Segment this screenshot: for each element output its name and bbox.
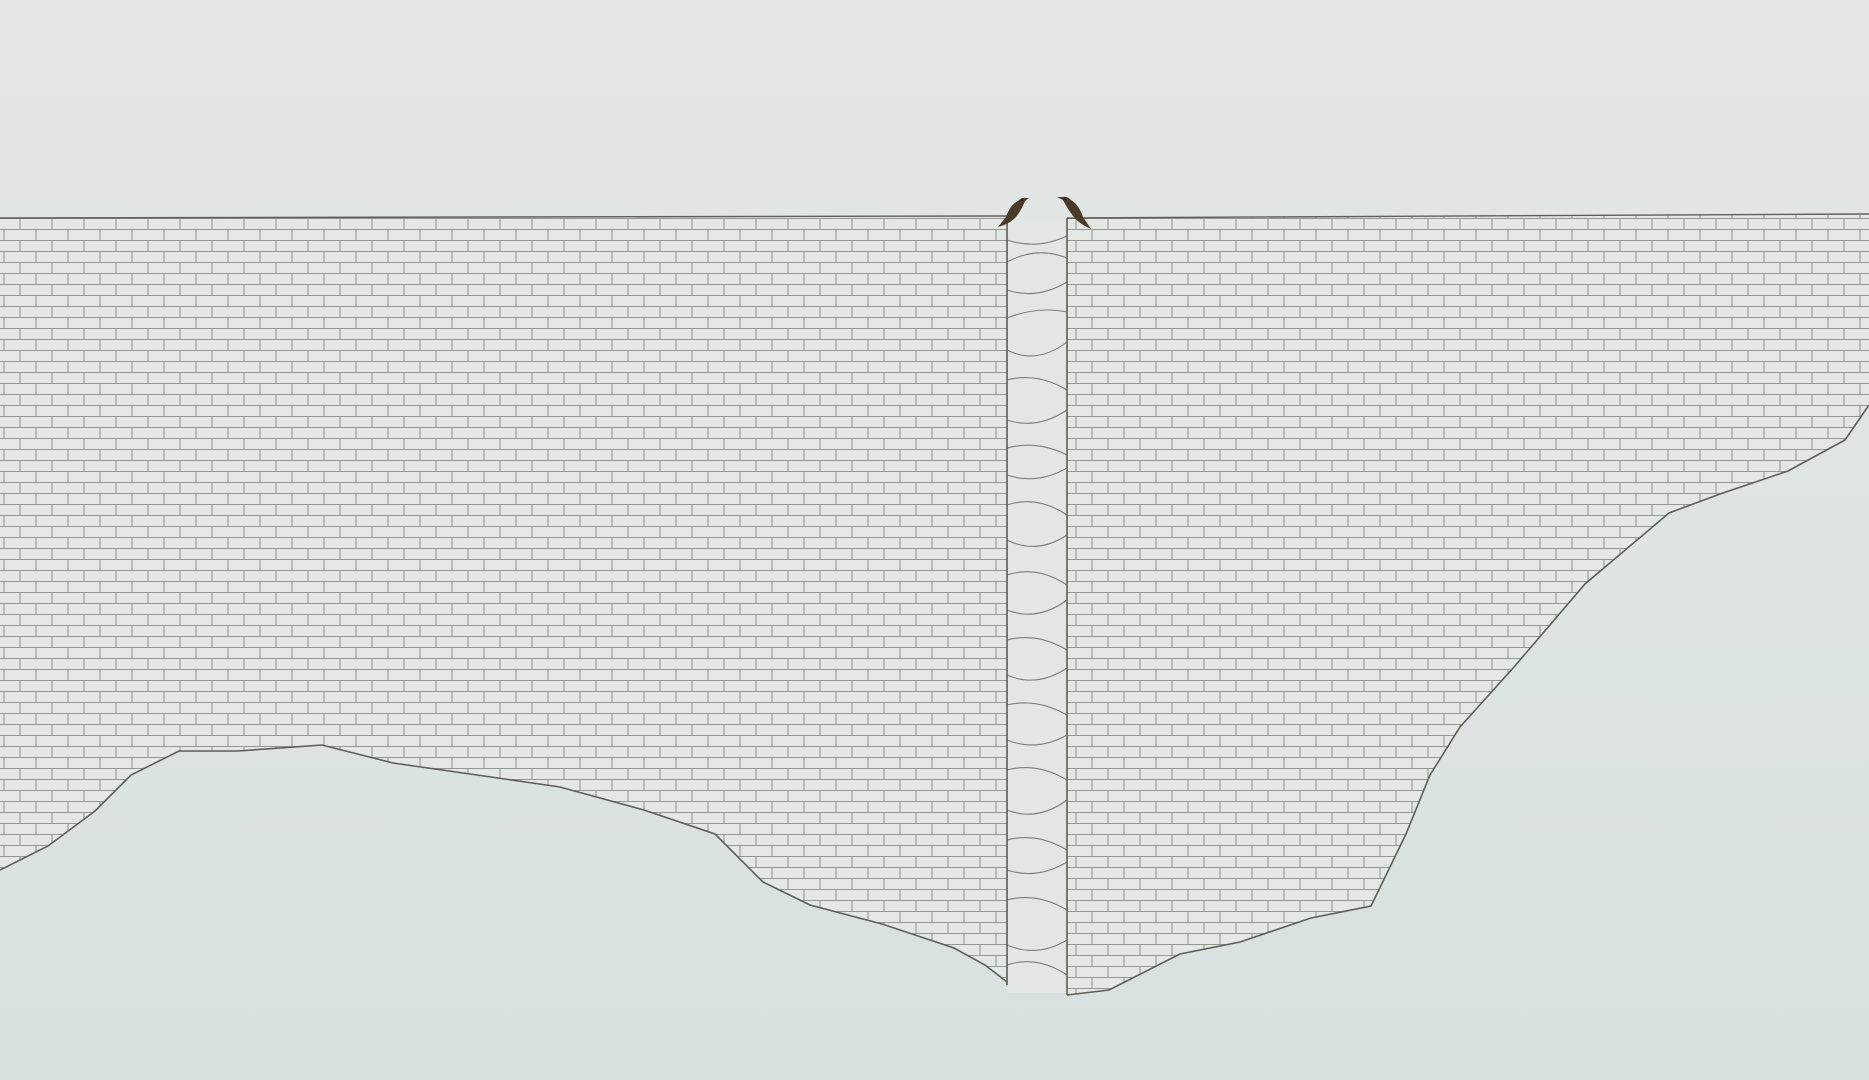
artwork-canvas: Pencil drawing of a broken brick wall fl…	[0, 0, 1869, 1080]
left-wall-section	[0, 210, 1010, 1010]
right-wall-section	[1060, 210, 1869, 1010]
brick-wall-drawing	[0, 0, 1869, 1080]
gap-column	[1007, 218, 1067, 995]
